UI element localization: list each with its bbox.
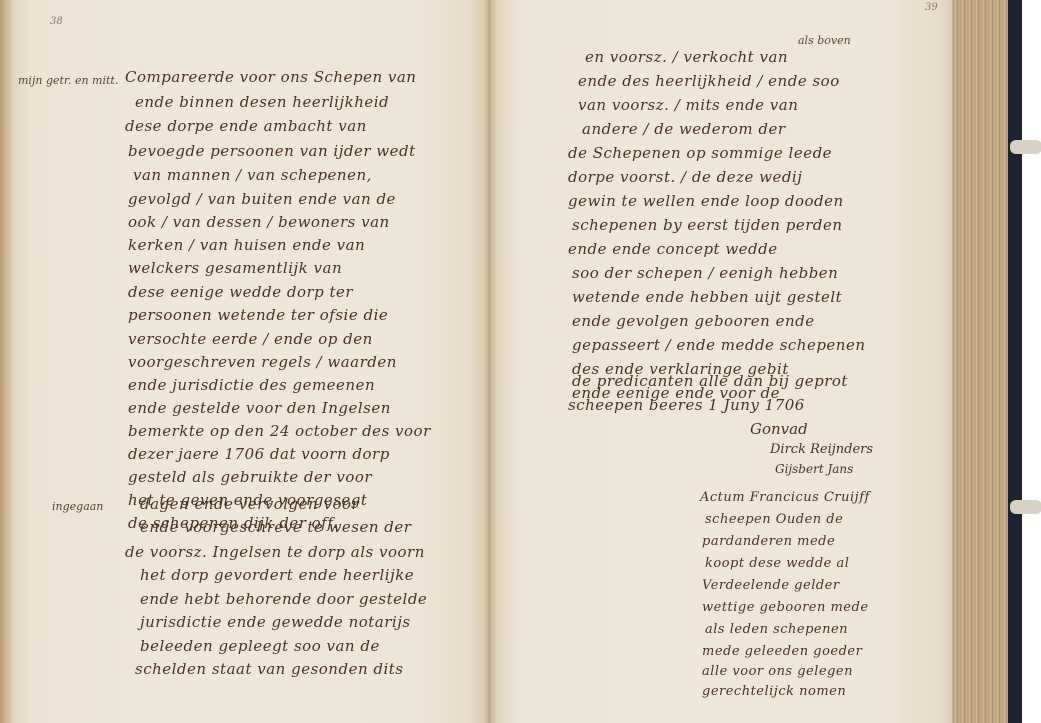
- text-line: gerechtelijck nomen: [702, 684, 846, 699]
- text-line: kerken / van huisen ende van: [128, 236, 365, 254]
- signature-2: Dirck Reijnders: [770, 442, 873, 457]
- text-line: ende voorgeschreve te wesen der: [140, 518, 411, 536]
- right-note-top: als boven: [798, 34, 851, 47]
- text-line: ende ende concept wedde: [568, 240, 778, 258]
- text-line: andere / de wederom der: [582, 120, 786, 138]
- text-line: ende jurisdictie des gemeenen: [128, 376, 375, 394]
- text-line: bemerkte op den 24 october des voor: [128, 422, 431, 440]
- text-line: wettige gebooren mede: [702, 600, 869, 615]
- text-line: van mannen / van schepenen,: [133, 166, 372, 184]
- book-strap-bottom: [1010, 500, 1041, 514]
- text-line: mede geleeden goeder: [702, 644, 862, 659]
- text-line: beleeden gepleegt soo van de: [140, 637, 380, 655]
- text-line: wetende ende hebben uijt gestelt: [572, 288, 842, 306]
- left-margin-note-top: mijn getr. en mitt.: [18, 74, 118, 87]
- text-line: schepenen by eerst tijden perden: [572, 216, 843, 234]
- text-line: Verdeelende gelder: [702, 578, 840, 593]
- text-line: ende binnen desen heerlijkheid: [135, 93, 389, 111]
- text-line: het dorp gevordert ende heerlijke: [140, 566, 414, 584]
- text-line: welckers gesamentlijk van: [128, 259, 342, 277]
- book-strap-top: [1010, 140, 1041, 154]
- left-folio-number: 38: [50, 16, 63, 27]
- text-line: de voorsz. Ingelsen te dorp als voorn: [125, 543, 425, 561]
- text-line: gewin te wellen ende loop dooden: [568, 192, 844, 210]
- text-line: gevolgd / van buiten ende van de: [128, 190, 396, 208]
- text-line: voorgeschreven regels / waarden: [128, 353, 397, 371]
- text-line: de predicanten alle dan bij geprot: [572, 372, 848, 390]
- text-line: als leden schepenen: [705, 622, 848, 637]
- text-line: schelden staat van gesonden dits: [135, 660, 404, 678]
- page-edges: [952, 0, 1008, 723]
- text-line: persoonen wetende ter ofsie die: [128, 306, 388, 324]
- text-line: van voorsz. / mits ende van: [578, 96, 798, 114]
- text-line: de Schepenen op sommige leede: [568, 144, 832, 162]
- text-line: gepasseert / ende medde schepenen: [572, 336, 866, 354]
- text-line: ende gestelde voor den Ingelsen: [128, 399, 391, 417]
- text-line: ende gevolgen gebooren ende: [572, 312, 815, 330]
- text-line: Compareerde voor ons Schepen van: [125, 68, 416, 86]
- text-line: dese eenige wedde dorp ter: [128, 283, 353, 301]
- right-page: 39 als boven en voorsz. / verkocht van e…: [490, 0, 952, 723]
- text-line: dorpe voorst. / de deze wedij: [568, 168, 802, 186]
- text-line: scheepen beeres 1 Juny 1706: [568, 396, 805, 414]
- text-line: ende hebt behorende door gestelde: [140, 590, 427, 608]
- text-line: dagen ende vervolgen voor: [140, 495, 359, 513]
- text-line: soo der schepen / eenigh hebben: [572, 264, 838, 282]
- text-line: dezer jaere 1706 dat voorn dorp: [128, 445, 390, 463]
- open-manuscript-book: 38 mijn getr. en mitt. ingegaan Comparee…: [0, 0, 1041, 723]
- text-line: Actum Francicus Cruijff: [700, 490, 870, 505]
- text-line: koopt dese wedde al: [705, 556, 849, 571]
- text-line: versochte eerde / ende op den: [128, 330, 373, 348]
- text-line: en voorsz. / verkocht van: [585, 48, 788, 66]
- text-line: pardanderen mede: [702, 534, 835, 549]
- left-margin-note-middle: ingegaan: [52, 500, 103, 513]
- text-line: alle voor ons gelegen: [702, 664, 853, 679]
- signature-1: Gonvad: [750, 420, 808, 438]
- right-folio-number: 39: [925, 2, 938, 13]
- signature-3: Gijsbert Jans: [775, 462, 853, 476]
- text-line: bevoegde persoonen van ijder wedt: [128, 142, 416, 160]
- text-line: scheepen Ouden de: [705, 512, 843, 527]
- left-page: 38 mijn getr. en mitt. ingegaan Comparee…: [0, 0, 490, 723]
- text-line: jurisdictie ende gewedde notarijs: [140, 613, 411, 631]
- text-line: dese dorpe ende ambacht van: [125, 117, 367, 135]
- text-line: ende des heerlijkheid / ende soo: [578, 72, 840, 90]
- text-line: gesteld als gebruikte der voor: [128, 468, 372, 486]
- text-line: ook / van dessen / bewoners van: [128, 213, 390, 231]
